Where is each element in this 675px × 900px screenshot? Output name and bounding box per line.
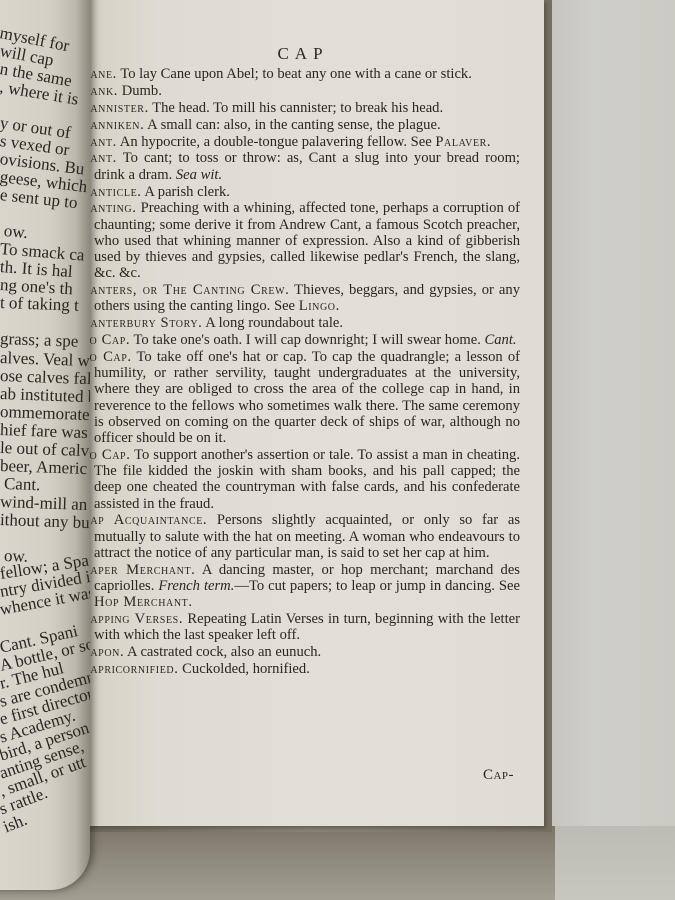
entry-cross-reference: Lingo. bbox=[299, 298, 340, 314]
left-page-line: ithout any bu bbox=[0, 510, 90, 533]
entry-headword: Capricornified. bbox=[80, 661, 179, 677]
entry-italic-note: Cant. bbox=[485, 332, 517, 348]
dictionary-entry: Canterbury Story. A long roundabout tale… bbox=[80, 315, 520, 331]
entry-headword: Canters, or The Canting Crew. bbox=[80, 282, 289, 298]
entry-headword: Cap Acquaintance. bbox=[80, 512, 207, 528]
dictionary-entry: Capping Verses. Repeating Latin Verses i… bbox=[80, 611, 520, 643]
dictionary-entries: Cane. To lay Cane upon Abel; to beat any… bbox=[80, 66, 520, 678]
right-page: CAP Cane. To lay Cane upon Abel; to beat… bbox=[62, 0, 544, 826]
entry-definition: To take one's oath. I will cap downright… bbox=[130, 332, 484, 348]
entry-italic-note: Sea wit. bbox=[176, 167, 222, 183]
entry-definition: To cant; to toss or throw: as, Cant a sl… bbox=[94, 150, 520, 182]
entry-cross-reference: Palaver. bbox=[435, 134, 491, 150]
entry-definition: The head. To mill his cannister; to brea… bbox=[149, 100, 443, 116]
dictionary-entry: Cank. Dumb. bbox=[80, 83, 520, 99]
left-page-curled: myself forwill capn the same, where it i… bbox=[0, 0, 90, 890]
dictionary-entry: Capon. A castrated cock, also an eunuch. bbox=[80, 644, 520, 660]
dictionary-entry: Cant. An hypocrite, a double-tongue pala… bbox=[80, 134, 520, 150]
entry-definition: A castrated cock, also an eunuch. bbox=[124, 644, 321, 660]
entry-definition: A long roundabout tale. bbox=[202, 315, 343, 331]
background-surface bbox=[540, 0, 675, 900]
entry-definition: To support another's assertion or tale. … bbox=[94, 447, 520, 512]
entry-definition: An hypocrite, a double-tongue palavering… bbox=[117, 134, 435, 150]
dictionary-entry: Cap Acquaintance. Persons slightly acqua… bbox=[80, 512, 520, 561]
dictionary-entry: Canticle. A parish clerk. bbox=[80, 184, 520, 200]
entry-italic-note: French term. bbox=[158, 578, 234, 594]
entry-headword: Canterbury Story. bbox=[80, 315, 202, 331]
entry-definition: Dumb. bbox=[118, 83, 162, 99]
entry-headword: Caper Merchant. bbox=[80, 562, 195, 578]
dictionary-entry: Canniken. A small can: also, in the cant… bbox=[80, 117, 520, 133]
dictionary-entry: Cannister. The head. To mill his cannist… bbox=[80, 100, 520, 116]
dictionary-entry: Cant. To cant; to toss or throw: as, Can… bbox=[80, 150, 520, 182]
left-page-line: t of taking t bbox=[0, 293, 79, 316]
catchword: Cap- bbox=[483, 767, 514, 784]
entry-definition: To take off one's hat or cap. To cap the… bbox=[94, 349, 520, 446]
entry-definition: Preaching with a whining, affected tone,… bbox=[94, 200, 520, 281]
entry-definition: Cuckolded, hornified. bbox=[179, 661, 310, 677]
background-surface-bottom bbox=[555, 826, 675, 900]
dictionary-entry: To Cap. To support another's assertion o… bbox=[80, 447, 520, 512]
page-heading: CAP bbox=[62, 44, 544, 64]
dictionary-entry: To Cap. To take off one's hat or cap. To… bbox=[80, 349, 520, 446]
dictionary-entry: Canting. Preaching with a whining, affec… bbox=[80, 200, 520, 281]
entry-headword: Cannister. bbox=[80, 100, 149, 116]
entry-headword: Capping Verses. bbox=[80, 611, 183, 627]
entry-cross-reference: Hop Merchant. bbox=[94, 594, 193, 610]
entry-definition: To lay Cane upon Abel; to beat any one w… bbox=[117, 66, 472, 82]
dictionary-entry: Capricornified. Cuckolded, hornified. bbox=[80, 661, 520, 677]
dictionary-entry: Canters, or The Canting Crew. Thieves, b… bbox=[80, 282, 520, 314]
entry-definition: A parish clerk. bbox=[142, 184, 230, 200]
dictionary-entry: To Cap. To take one's oath. I will cap d… bbox=[80, 332, 520, 348]
dictionary-entry: Caper Merchant. A dancing master, or hop… bbox=[80, 562, 520, 611]
entry-definition-cont: —To cut papers; to leap or jump in danci… bbox=[234, 578, 520, 594]
dictionary-entry: Cane. To lay Cane upon Abel; to beat any… bbox=[80, 66, 520, 82]
entry-definition: A small can: also, in the canting sense,… bbox=[144, 117, 440, 133]
